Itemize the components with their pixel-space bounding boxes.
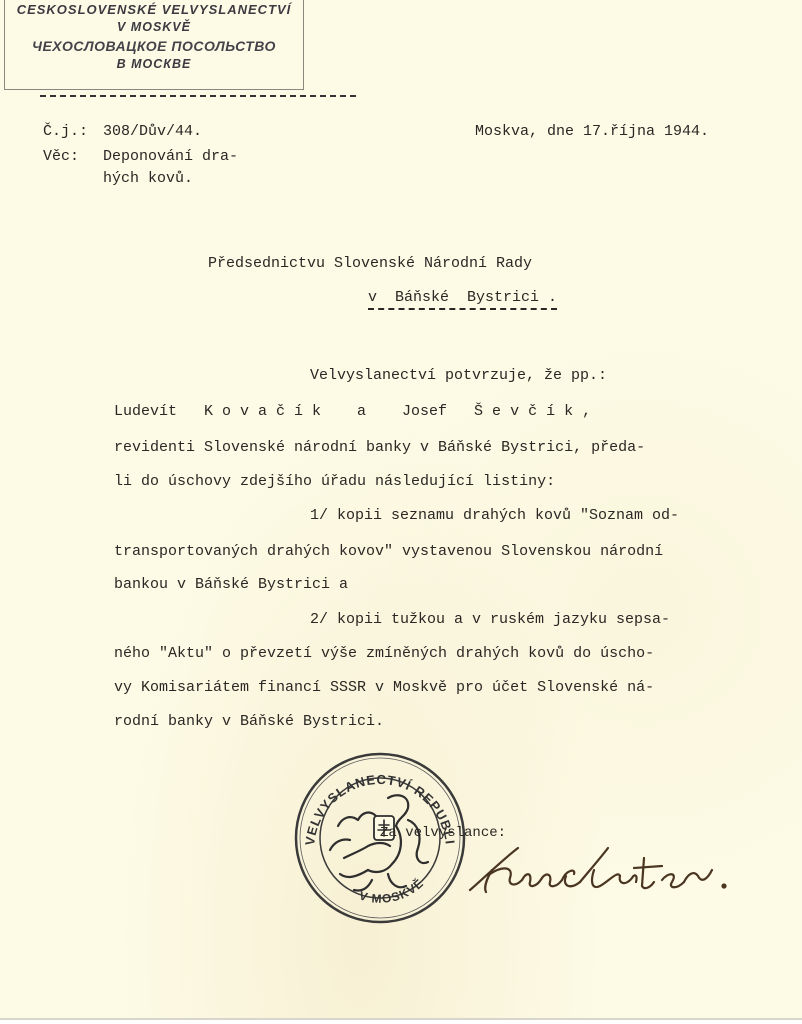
header-divider — [40, 95, 356, 97]
svg-text:V MOSKVĚ: V MOSKVĚ — [358, 875, 427, 906]
body-item-1-line-2: transportovaných drahých kovov" vystaven… — [114, 544, 663, 559]
lion-coat-of-arms-icon — [330, 795, 428, 890]
body-line-4: li do úschovy zdejšího úřadu následující… — [114, 474, 555, 489]
place-date: Moskva, dne 17.října 1944. — [475, 124, 709, 139]
stamp-line-russian-moscow: В МОСКВЕ — [5, 57, 303, 71]
subject-line-1: Deponování dra- — [103, 149, 238, 164]
body-line-2: Ludevít K o v a č í k a Josef Š e v č í … — [114, 404, 591, 419]
body-line-1: Velvyslanectví potvrzuje, že pp.: — [310, 368, 607, 383]
stamp-line-moscow: V MOSKVĚ — [5, 20, 303, 34]
addressee-line-1: Předsednictvu Slovenské Národní Rady — [208, 256, 532, 271]
embassy-header-stamp: CESKOSLOVENSKÉ VELVYSLANECTVÍ V MOSKVĚ Ч… — [4, 0, 304, 90]
body-item-1-line-3: bankou v Báňské Bystrici a — [114, 577, 348, 592]
stamp-line-czech-embassy: CESKOSLOVENSKÉ VELVYSLANECTVÍ — [5, 2, 303, 17]
body-item-2-line-4: rodní banky v Báňské Bystrici. — [114, 714, 384, 729]
reference-label: Č.j.: — [43, 124, 88, 139]
handwritten-signature: Kučkater — [462, 840, 752, 900]
stamp-line-russian-embassy: ЧЕХОСЛОВАЦКОЕ ПОСОЛЬСТВО — [5, 38, 303, 54]
body-item-2-line-3: vy Komisariátem financí SSSR v Moskvě pr… — [114, 680, 654, 695]
subject-line-2: hých kovů. — [103, 171, 193, 186]
addressee-line-2: v Báňské Bystrici . — [368, 290, 557, 310]
letter-page: CESKOSLOVENSKÉ VELVYSLANECTVÍ V MOSKVĚ Ч… — [0, 0, 802, 1020]
signature-label: Za velvyslance: — [380, 826, 506, 840]
subject-label: Věc: — [43, 149, 79, 164]
reference-value: 308/Dův/44. — [103, 124, 202, 139]
body-item-1-line-1: 1/ kopii seznamu drahých kovů "Soznam od… — [310, 508, 679, 523]
body-item-2-line-1: 2/ kopii tužkou a v ruském jazyku sepsa- — [310, 612, 670, 627]
body-item-2-line-2: ného "Aktu" o převzetí výše zmíněných dr… — [114, 646, 654, 661]
seal-text-bottom: V MOSKVĚ — [358, 875, 427, 906]
body-line-3: revidenti Slovenské národní banky v Báňs… — [114, 440, 645, 455]
